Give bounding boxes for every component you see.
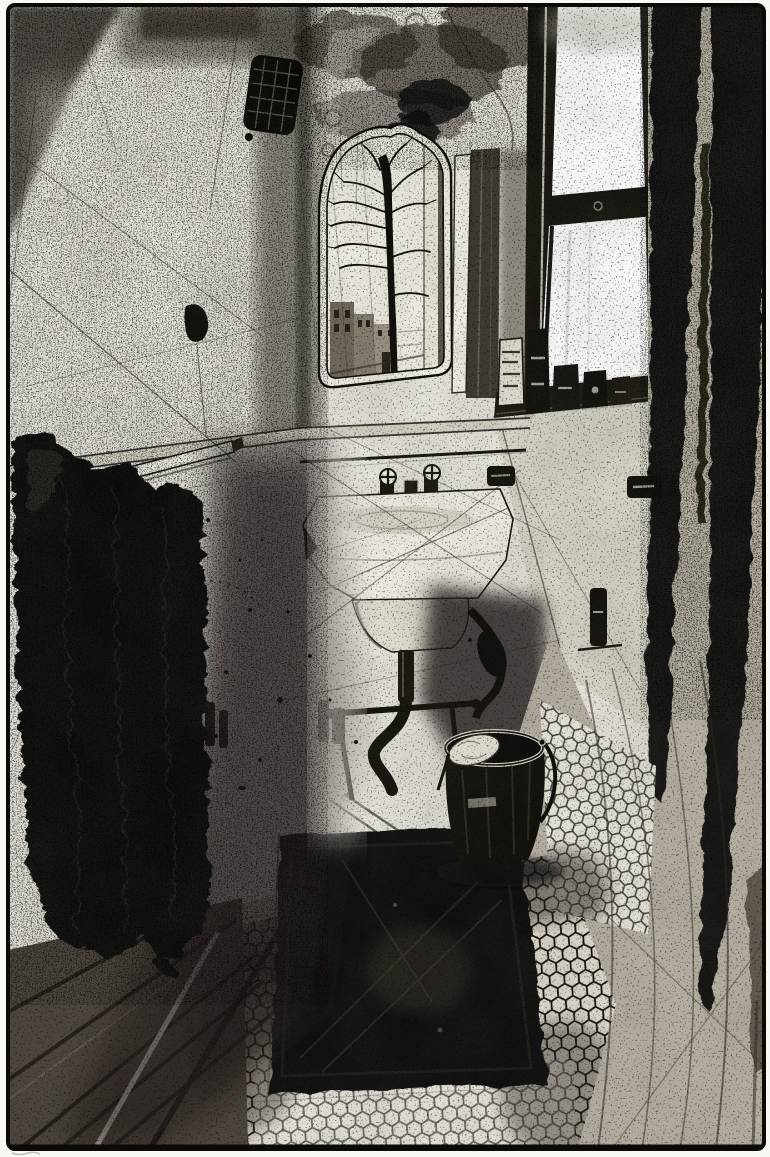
grain-left <box>8 5 328 1005</box>
etching-artwork: Black-and-white etching of a narrow bath… <box>0 0 770 1157</box>
etching-canvas: Black-and-white etching of a narrow bath… <box>0 0 770 1157</box>
plate <box>0 0 764 1157</box>
grain-grime <box>300 0 540 170</box>
grain-curtain <box>640 0 764 720</box>
